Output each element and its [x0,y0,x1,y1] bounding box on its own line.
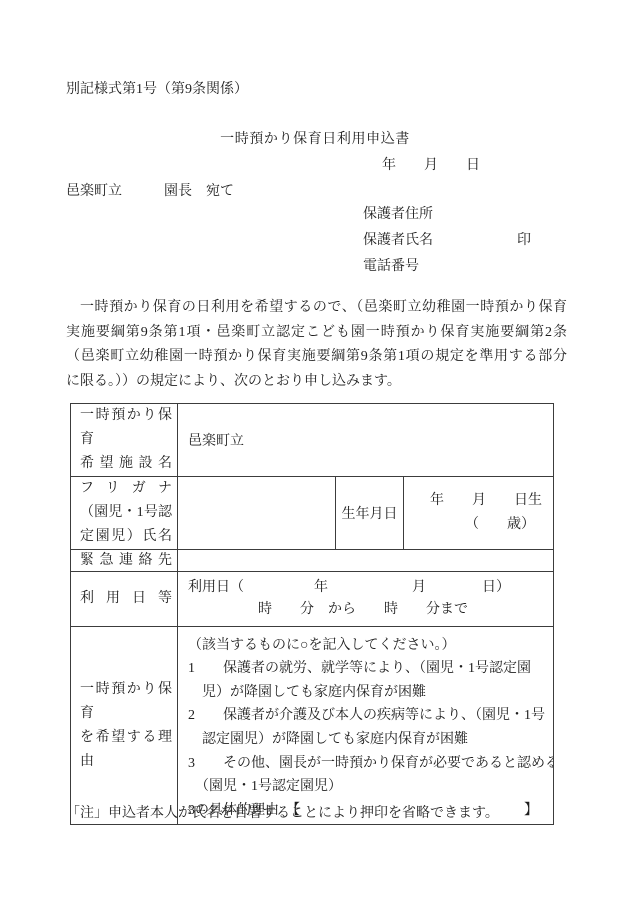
intro-paragraph: 一時預かり保育の日利用を希望するので、（邑楽町立幼稚園一時預かり保育 実施要綱第… [66,296,567,394]
use-date-label: 利用日等 [80,587,172,611]
form-number: 別記様式第1号（第9条関係） [66,82,248,98]
intro-line: 実施要綱第9条第1項・邑楽町立認定こども園一時預かり保育実施要綱第2条 [66,321,567,346]
intro-line: （邑楽町立幼稚園一時預かり保育実施要綱第9条第1項の規定を準用する部分 [66,345,567,370]
reason-content-cell: （該当するものに○を記入してください。） 1 保護者の就労、就学等により、（園児… [178,627,554,825]
emergency-label-cell: 緊急連絡先 [71,550,178,572]
reason-item-1: 1 保護者の就労、就学等により、（園児・1号認定園 [188,657,549,681]
reason-item-2-cont: 認定園児）が降園しても家庭内保育が困難 [188,728,549,752]
table-row-facility: 一時預かり保育 希望施設名 邑楽町立 [71,404,554,477]
facility-value: 邑楽町立 [188,434,244,449]
use-date-label-cell: 利用日等 [71,572,178,627]
guardian-block: 保護者住所 保護者氏名印 電話番号 [363,207,531,285]
guardian-phone-label: 電話番号 [363,259,531,275]
facility-label-line1: 一時預かり保育 [80,404,172,452]
dob-label-cell: 生年月日 [336,477,404,550]
table-row-use-date: 利用日等 利用日（ 年 月 日） 時 分 から 時 分まで [71,572,554,627]
reason-item-3: 3 その他、園長が一時預かり保育が必要であると認める [188,752,549,776]
date-fill-line: 年 月 日 [382,158,480,174]
facility-label-cell: 一時預かり保育 希望施設名 [71,404,178,477]
reason-label-cell: 一時預かり保育 を希望する理由 [71,627,178,825]
seal-mark: 印 [517,233,531,248]
child-label-line1: フリガナ [80,477,172,501]
use-date-value-cell: 利用日（ 年 月 日） 時 分 から 時 分まで [178,572,554,627]
child-label-line2: （園児・1号認 [80,501,172,525]
reason-label-line1: 一時預かり保育 [80,678,172,726]
footnote: 「注」申込者本人が氏名を自署することにより押印を省略できます。 [66,806,499,822]
table-row-emergency: 緊急連絡先 [71,550,554,572]
use-time-line: 時 分 から 時 分まで [188,599,553,621]
reason-label-line2: を希望する理由 [80,726,172,774]
emergency-label: 緊急連絡先 [80,551,172,571]
addressee-line: 邑楽町立 園長 宛て [66,184,234,200]
reason-item-3-cont: （園児・1号認定園児） [188,775,549,799]
reason-item-2: 2 保護者が介護及び本人の疾病等により、（園児・1号 [188,704,549,728]
table-row-child-name: フリガナ （園児・1号認 定園児）氏名 生年月日 年 月 日生 （ 歳） [71,477,554,550]
dob-age-line: （ 歳） [416,513,553,537]
child-label-line3: 定園児）氏名 [80,525,172,549]
dob-date-line: 年 月 日生 [416,489,553,513]
guardian-name-line: 保護者氏名印 [363,233,531,249]
guardian-name-label: 保護者氏名 [363,233,433,248]
form-title: 一時預かり保育日利用申込書 [0,132,630,148]
child-name-label-cell: フリガナ （園児・1号認 定園児）氏名 [71,477,178,550]
guardian-address-label: 保護者住所 [363,207,531,223]
child-name-blank-cell [178,477,336,550]
reason-item-1-cont: 児）が降園しても家庭内保育が困難 [188,681,549,705]
application-form-page: 別記様式第1号（第9条関係） 一時預かり保育日利用申込書 年 月 日 邑楽町立 … [0,0,630,903]
application-table: 一時預かり保育 希望施設名 邑楽町立 フリガナ （園児・1号認 定園児）氏名 生… [70,403,554,825]
emergency-value-cell [178,550,554,572]
facility-value-cell: 邑楽町立 [178,404,554,477]
facility-label-line2: 希望施設名 [80,452,172,476]
dob-label: 生年月日 [342,507,398,522]
use-date-line: 利用日（ 年 月 日） [188,577,553,599]
reason-instruction: （該当するものに○を記入してください。） [188,634,549,658]
intro-line: に限る。））の規定により、次のとおり申し込みます。 [66,370,567,395]
dob-value-cell: 年 月 日生 （ 歳） [404,477,554,550]
intro-line: 一時預かり保育の日利用を希望するので、（邑楽町立幼稚園一時預かり保育 [66,296,567,321]
table-row-reason: 一時預かり保育 を希望する理由 （該当するものに○を記入してください。） 1 保… [71,627,554,825]
